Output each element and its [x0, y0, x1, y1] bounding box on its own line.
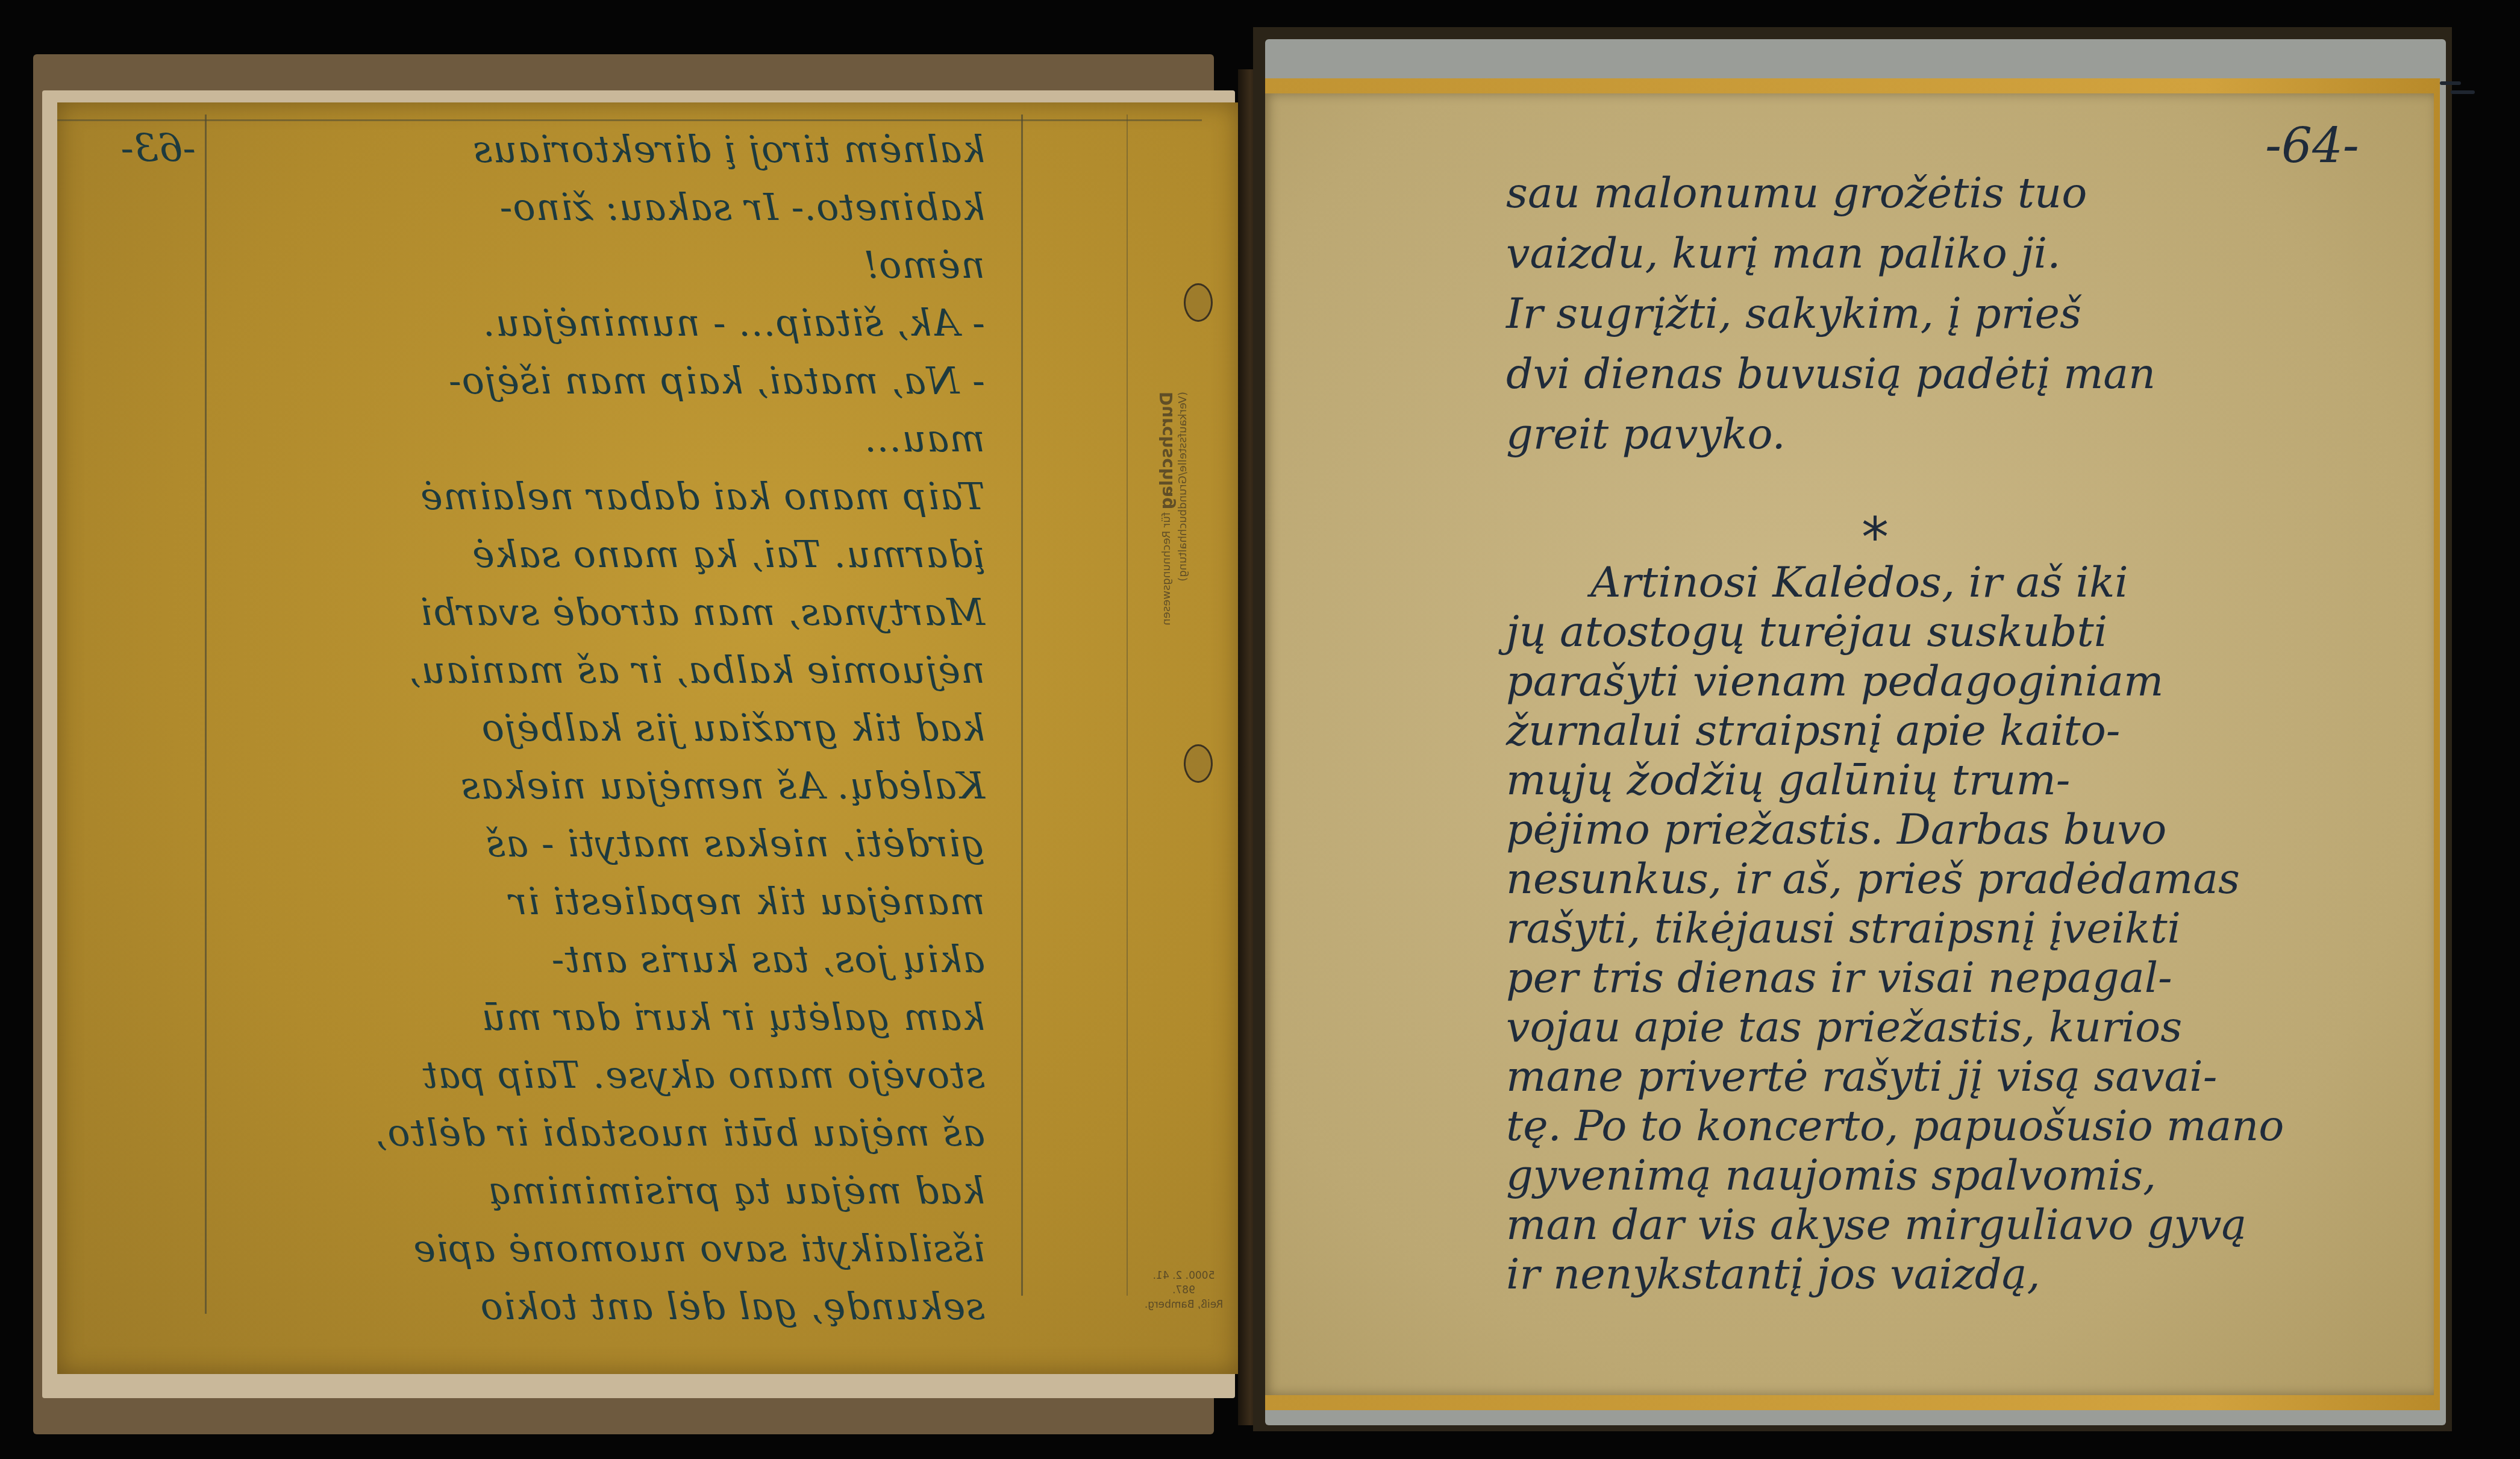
left-line: Taip mano kai dabar nelaimė [69, 468, 985, 526]
printed-form-title: Durchschlag [1157, 392, 1177, 509]
right-line: man dar vis akyse mirguliavo gyvą [1506, 1200, 2422, 1249]
left-line: įdarmu. Tai, ką mano sakė [69, 526, 985, 583]
right-line: Artinosi Kalėdos, ir aš iki [1506, 557, 2422, 607]
left-page-number: -63- [120, 127, 196, 171]
printed-footer-line: 987. [1139, 1283, 1229, 1297]
printed-footer-line: Reiß, Bamberg. [1139, 1297, 1229, 1312]
printed-footer-line: 5000. 2. 41. [1139, 1269, 1229, 1283]
left-line: kad tik gražiau jis kalbėjo [69, 699, 985, 757]
right-line: mane privertė rašyti jį visą savai- [1506, 1052, 2422, 1101]
left-line: girdėti, niekas matyti - aš [69, 815, 985, 873]
right-line: žurnalui straipsnį apie kaito- [1506, 706, 2422, 755]
punch-hole-top [1184, 283, 1213, 322]
right-line: vaizdu, kurį man paliko ji. [1506, 223, 2410, 283]
margin-rule-outer [1127, 115, 1128, 1296]
right-line: vojau apie tas priežastis, kurios [1506, 1002, 2422, 1052]
right-line: sau malonumu grožėtis tuo [1506, 163, 2410, 223]
left-line: stovėjo mano akyse. Taip pat [69, 1046, 985, 1104]
left-line: akių jos, tas kuris ant- [69, 930, 985, 988]
margin-rule-right [1021, 115, 1023, 1296]
left-line: sekundę, gal dėl ant tokio [69, 1278, 985, 1335]
left-page-text: kalnėm tiroj į direktoriaus kabineto.- I… [69, 121, 985, 1335]
left-line: aš mėjau būti nuostabi ir dėlto, [69, 1104, 985, 1162]
right-line: parašyti vienam pedagoginiam [1506, 656, 2422, 706]
left-line: - Na, matai, kaip man išėjo- [69, 352, 985, 410]
right-line: jų atostogų turėjau suskubti [1506, 607, 2422, 656]
left-line: manėjau tik nepaliesti ir [69, 873, 985, 930]
left-line: kabineto.- Ir sakau: žino- [69, 178, 985, 236]
right-line: tę. Po to koncerto, papuošusio mano [1506, 1101, 2422, 1150]
punch-hole-bottom [1184, 744, 1213, 783]
right-paragraph-1: sau malonumu grožėtis tuo vaizdu, kurį m… [1506, 163, 2410, 464]
right-line: rašyti, tikėjausi straipsnį įveikti [1506, 903, 2422, 953]
right-line: ir nenykstantį jos vaizdą, [1506, 1249, 2422, 1299]
left-line: išsilaikyti savo nuomonė apie [69, 1220, 985, 1278]
left-line: kalnėm tiroj į direktoriaus [69, 121, 985, 178]
left-line: nėmo! [69, 236, 985, 294]
underlying-page-mark [2440, 81, 2461, 85]
right-line: dvi dienas buvusią padėtį man [1506, 344, 2410, 404]
right-line: gyvenimą naujomis spalvomis, [1506, 1150, 2422, 1200]
left-line: nėjuomie kalba, ir aš maniau, [69, 641, 985, 699]
left-line: mau... [69, 410, 985, 468]
left-page-mirrored-content: kalnėm tiroj į direktoriaus kabineto.- I… [57, 102, 1021, 1374]
right-line: per tris dienas ir visai nepagal- [1506, 953, 2422, 1002]
left-line: - Ak, šitaip... - numinėjau. [69, 294, 985, 352]
left-line: Kalėdų. Aš nemėjau niekas [69, 757, 985, 815]
right-line: pėjimo priežastis. Darbas buvo [1506, 805, 2422, 854]
printed-footer: 5000. 2. 41. 987. Reiß, Bamberg. [1139, 1269, 1229, 1312]
left-line: kad mėjau tą prisiminimą [69, 1162, 985, 1220]
left-line: kam galėtų ir kuri dar mū [69, 988, 985, 1046]
printed-form-label: Durchschlag für Rechnungswesen (Verkaufs… [1157, 392, 1205, 705]
right-line: mųjų žodžių galūnių trum- [1506, 755, 2422, 805]
right-line: nesunkus, ir aš, prieš pradėdamas [1506, 854, 2422, 903]
right-line: Ir sugrįžti, sakykim, į prieš [1506, 283, 2410, 344]
underlying-page-mark [2451, 90, 2475, 94]
left-line: Martynas, man atrodė svarbi [69, 583, 985, 641]
right-paragraph-2: Artinosi Kalėdos, ir aš iki jų atostogų … [1506, 557, 2422, 1299]
right-line: greit pavyko. [1506, 404, 2410, 464]
